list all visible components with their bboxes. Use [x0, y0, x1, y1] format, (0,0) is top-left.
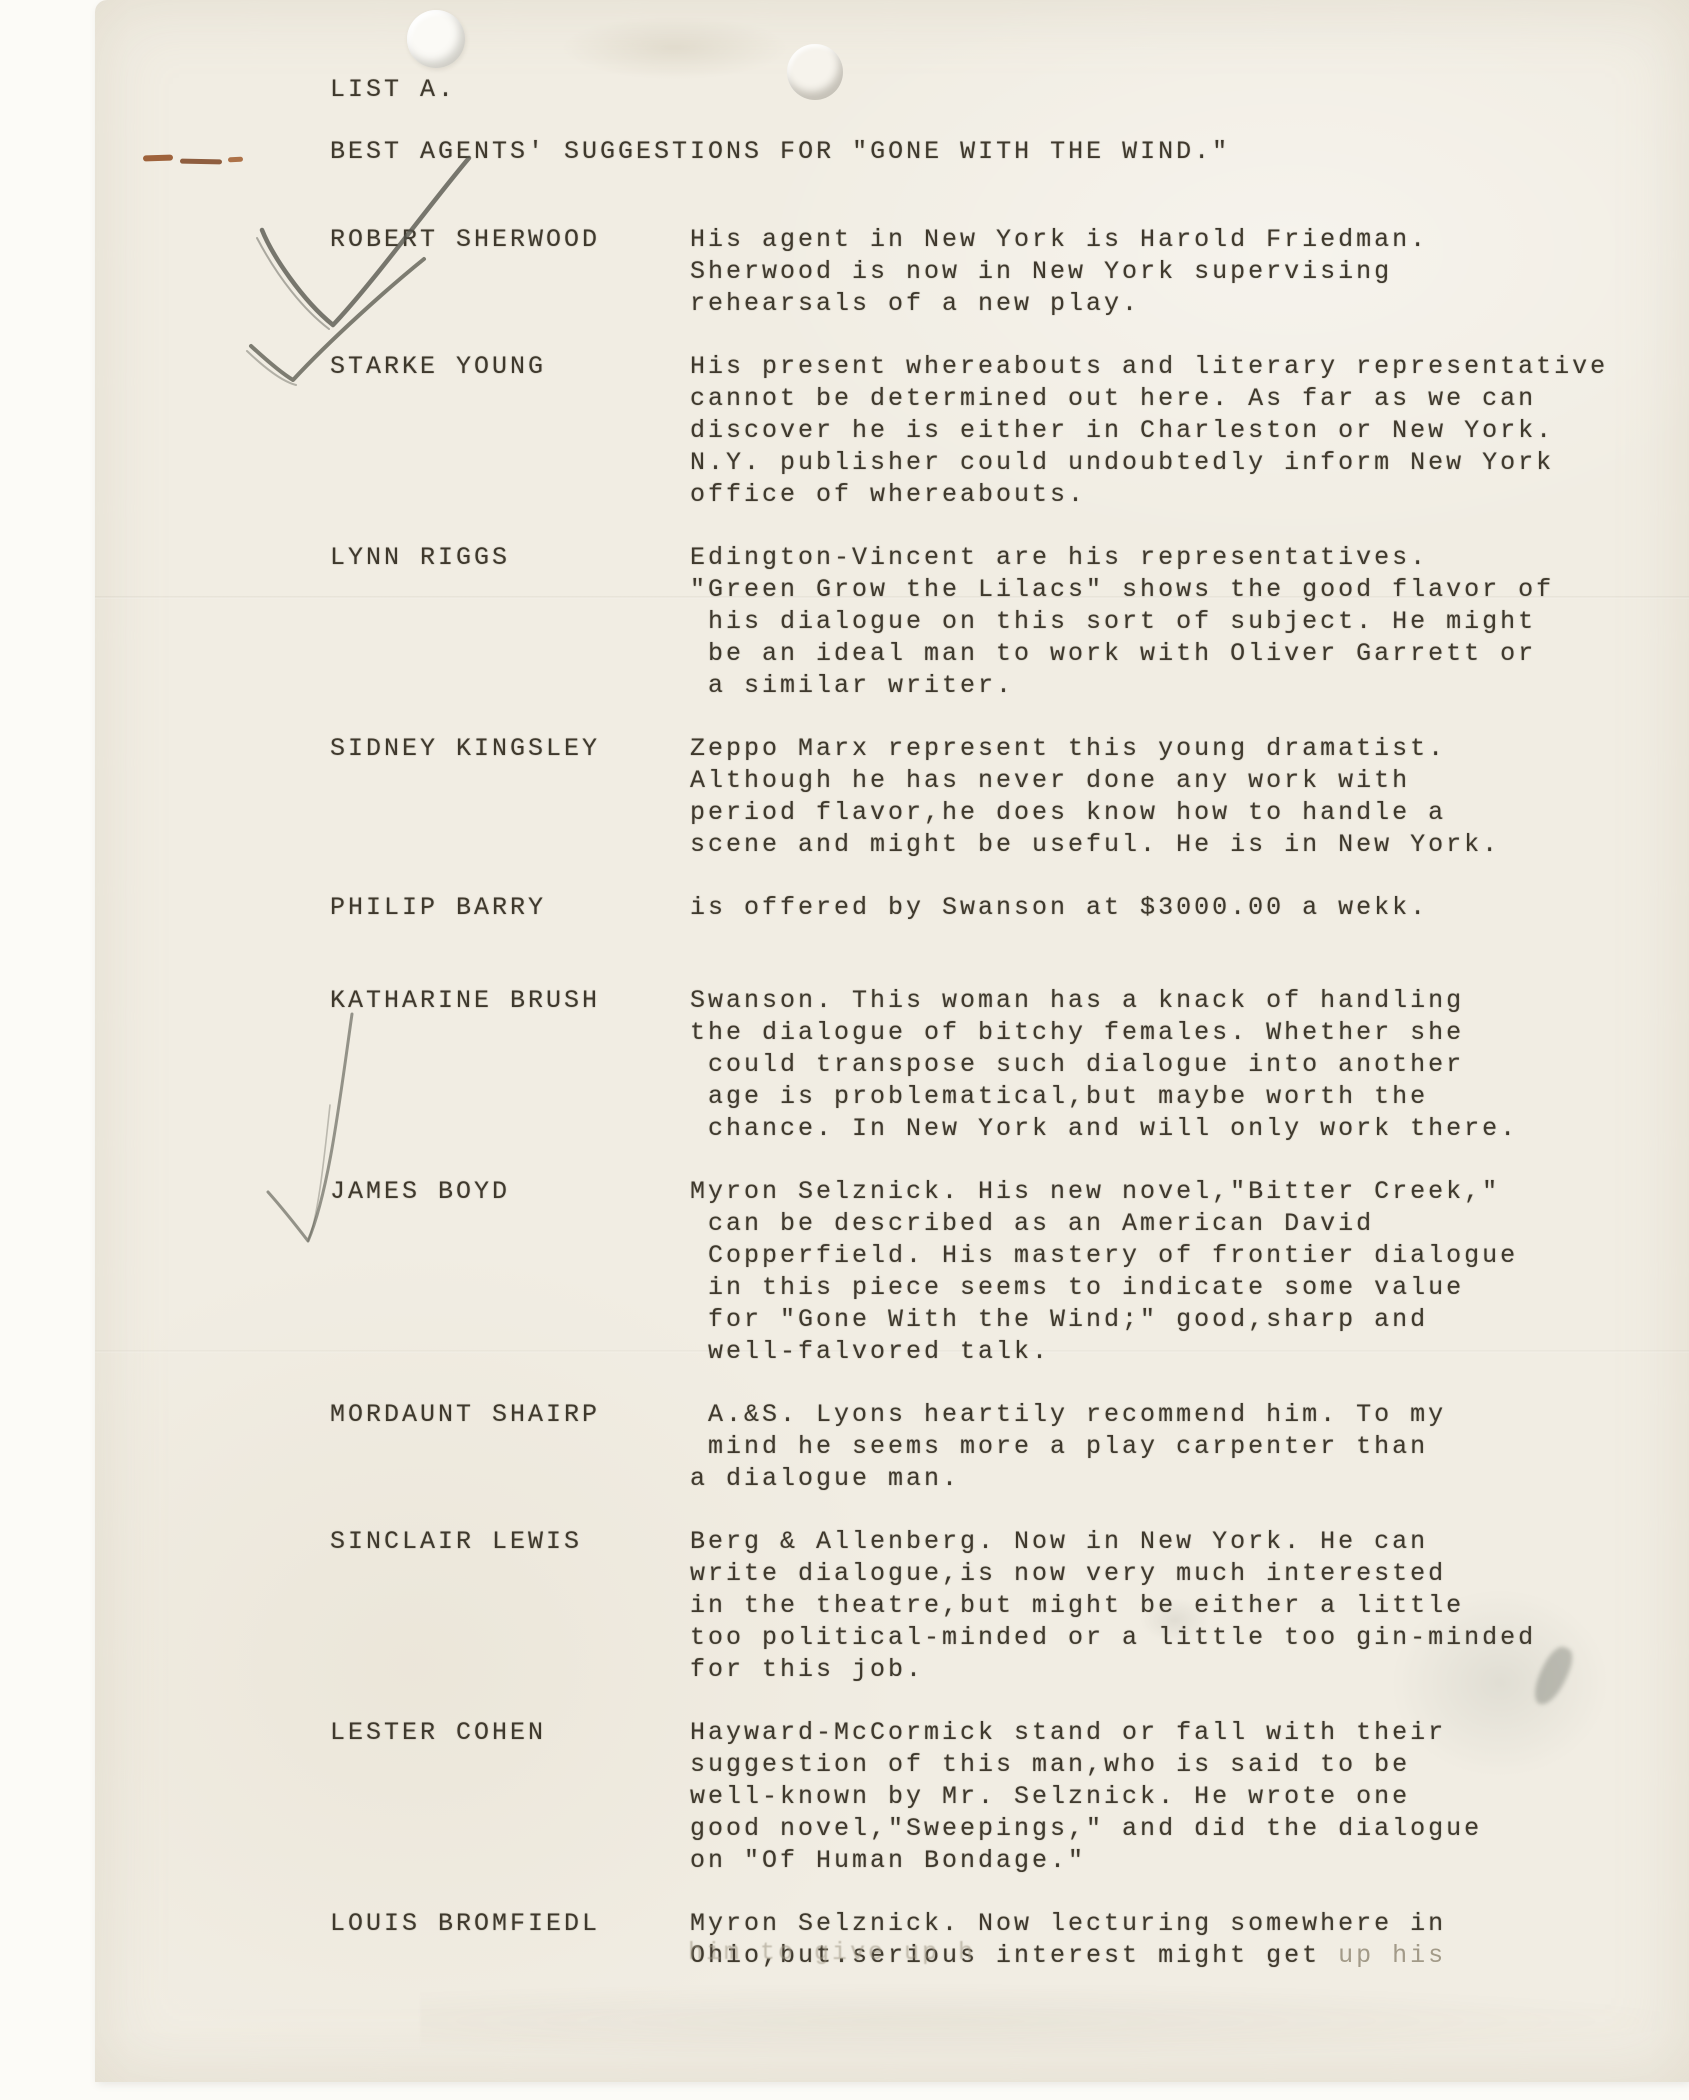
- agent-note-line: well-known by Mr. Selznick. He wrote one: [690, 1781, 1689, 1813]
- typed-content: LIST A. BEST AGENTS' SUGGESTIONS FOR "GO…: [95, 0, 1689, 2082]
- agent-note-line: His present whereabouts and literary rep…: [690, 351, 1689, 383]
- agent-note-line: His agent in New York is Harold Friedman…: [690, 224, 1689, 256]
- agent-entry: ROBERT SHERWOODHis agent in New York is …: [95, 224, 1689, 320]
- list-label: LIST A.: [95, 0, 1689, 106]
- agent-note-line: office of whereabouts.: [690, 479, 1689, 511]
- agent-name: LOUIS BROMFIEDL: [330, 1908, 690, 1972]
- agent-note: Swanson. This woman has a knack of handl…: [690, 985, 1689, 1145]
- agent-note-line: is offered by Swanson at $3000.00 a wekk…: [690, 892, 1689, 924]
- agent-note-line: in the theatre,but might be either a lit…: [690, 1590, 1689, 1622]
- agent-note: Myron Selznick. His new novel,"Bitter Cr…: [690, 1176, 1689, 1368]
- agent-entry: JAMES BOYDMyron Selznick. His new novel,…: [95, 1176, 1689, 1368]
- faded-typed-text: up his: [1338, 1941, 1446, 1970]
- agent-note: Hayward-McCormick stand or fall with the…: [690, 1717, 1689, 1877]
- agent-note-line: Copperfield. His mastery of frontier dia…: [690, 1240, 1689, 1272]
- agent-note-line: Swanson. This woman has a knack of handl…: [690, 985, 1689, 1017]
- agent-name: SINCLAIR LEWIS: [330, 1526, 690, 1686]
- agent-note-line: good novel,"Sweepings," and did the dial…: [690, 1813, 1689, 1845]
- agent-note: A.&S. Lyons heartily recommend him. To m…: [690, 1399, 1689, 1495]
- agent-name: STARKE YOUNG: [330, 351, 690, 511]
- agent-name: PHILIP BARRY: [330, 892, 690, 924]
- agent-note: His agent in New York is Harold Friedman…: [690, 224, 1689, 320]
- agent-note-line: Zeppo Marx represent this young dramatis…: [690, 733, 1689, 765]
- agent-note: is offered by Swanson at $3000.00 a wekk…: [690, 892, 1689, 924]
- agent-entry: MORDAUNT SHAIRP A.&S. Lyons heartily rec…: [95, 1399, 1689, 1495]
- agent-entry: KATHARINE BRUSHSwanson. This woman has a…: [95, 985, 1689, 1145]
- agent-note-line: too political-minded or a little too gin…: [690, 1622, 1689, 1654]
- agent-note-line: suggestion of this man,who is said to be: [690, 1749, 1689, 1781]
- agent-note: His present whereabouts and literary rep…: [690, 351, 1689, 511]
- agent-entry: SIDNEY KINGSLEYZeppo Marx represent this…: [95, 733, 1689, 861]
- agent-name: MORDAUNT SHAIRP: [330, 1399, 690, 1495]
- agent-note-line: cannot be determined out here. As far as…: [690, 383, 1689, 415]
- agent-note-line: scene and might be useful. He is in New …: [690, 829, 1689, 861]
- agent-note-line: could transpose such dialogue into anoth…: [690, 1049, 1689, 1081]
- agent-note-line: "Green Grow the Lilacs" shows the good f…: [690, 574, 1689, 606]
- agent-name: SIDNEY KINGSLEY: [330, 733, 690, 861]
- agent-name: LYNN RIGGS: [330, 542, 690, 702]
- agent-note-line: a similar writer.: [690, 670, 1689, 702]
- agent-note-line: discover he is either in Charleston or N…: [690, 415, 1689, 447]
- agent-note-line: rehearsals of a new play.: [690, 288, 1689, 320]
- agent-entry: LESTER COHENHayward-McCormick stand or f…: [95, 1717, 1689, 1877]
- agent-note-line: for this job.: [690, 1654, 1689, 1686]
- agent-note-line: well-falvored talk.: [690, 1336, 1689, 1368]
- agent-note-line: write dialogue,is now very much interest…: [690, 1558, 1689, 1590]
- agent-note-line: N.Y. publisher could undoubtedly inform …: [690, 447, 1689, 479]
- agent-entry: SINCLAIR LEWISBerg & Allenberg. Now in N…: [95, 1526, 1689, 1686]
- agent-name: JAMES BOYD: [330, 1176, 690, 1368]
- agent-note-line: Myron Selznick. His new novel,"Bitter Cr…: [690, 1176, 1689, 1208]
- agent-note: Zeppo Marx represent this young dramatis…: [690, 733, 1689, 861]
- agent-entry: PHILIP BARRYis offered by Swanson at $30…: [95, 892, 1689, 924]
- agent-note-line: Although he has never done any work with: [690, 765, 1689, 797]
- agent-note-line: Hayward-McCormick stand or fall with the…: [690, 1717, 1689, 1749]
- agent-note-line: age is problematical,but maybe worth the: [690, 1081, 1689, 1113]
- agent-name: LESTER COHEN: [330, 1717, 690, 1877]
- agent-entries: ROBERT SHERWOODHis agent in New York is …: [95, 224, 1689, 1972]
- agent-note-line: the dialogue of bitchy females. Whether …: [690, 1017, 1689, 1049]
- agent-note: Edington-Vincent are his representatives…: [690, 542, 1689, 702]
- agent-note-line: chance. In New York and will only work t…: [690, 1113, 1689, 1145]
- scanned-typewritten-memo: { "document": { "list_label": "LIST A.",…: [0, 0, 1689, 2100]
- agent-note: Berg & Allenberg. Now in New York. He ca…: [690, 1526, 1689, 1686]
- agent-note-line: mind he seems more a play carpenter than: [690, 1431, 1689, 1463]
- agent-note-line: on "Of Human Bondage.": [690, 1845, 1689, 1877]
- ghost-overtype-line: him to give up h: [688, 1938, 976, 1967]
- document-title: BEST AGENTS' SUGGESTIONS FOR "GONE WITH …: [95, 136, 1689, 168]
- agent-entry: STARKE YOUNGHis present whereabouts and …: [95, 351, 1689, 511]
- agent-note-line: for "Gone With the Wind;" good,sharp and: [690, 1304, 1689, 1336]
- agent-entry: LYNN RIGGSEdington-Vincent are his repre…: [95, 542, 1689, 702]
- agent-note-line: Berg & Allenberg. Now in New York. He ca…: [690, 1526, 1689, 1558]
- agent-note-line: period flavor,he does know how to handle…: [690, 797, 1689, 829]
- agent-name: ROBERT SHERWOOD: [330, 224, 690, 320]
- agent-note-line: Myron Selznick. Now lecturing somewhere …: [690, 1908, 1689, 1940]
- agent-note-line: his dialogue on this sort of subject. He…: [690, 606, 1689, 638]
- agent-name: KATHARINE BRUSH: [330, 985, 690, 1145]
- agent-note-line: be an ideal man to work with Oliver Garr…: [690, 638, 1689, 670]
- agent-note-line: a dialogue man.: [690, 1463, 1689, 1495]
- agent-note-line: can be described as an American David: [690, 1208, 1689, 1240]
- agent-note-line: Sherwood is now in New York supervising: [690, 256, 1689, 288]
- agent-note-line: in this piece seems to indicate some val…: [690, 1272, 1689, 1304]
- agent-note-line: Edington-Vincent are his representatives…: [690, 542, 1689, 574]
- agent-note-line: A.&S. Lyons heartily recommend him. To m…: [690, 1399, 1689, 1431]
